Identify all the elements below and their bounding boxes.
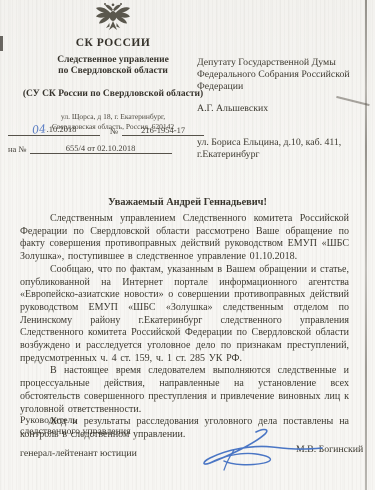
reply-to-number-line: на № 655/4 от 02.10.2018 <box>8 143 206 154</box>
outgoing-date-number-line: 04.10.2018 № 216-1954-17 <box>8 122 206 136</box>
signatory-department: следственного управления <box>20 426 137 437</box>
salutation: Уважаемый Андрей Геннадьевич! <box>0 197 375 208</box>
letter-body: Следственным управлением Следственного к… <box>20 213 349 442</box>
reference-block: 04.10.2018 № 216-1954-17 на № 655/4 от 0… <box>8 122 206 154</box>
sender-letterhead: СК РОССИИ Следственное управление по Све… <box>18 37 208 131</box>
signature-ink <box>194 428 324 477</box>
body-paragraph: В настоящее время следователем выполняют… <box>20 365 349 416</box>
recipient-name: А.Г. Альшевских <box>197 103 365 115</box>
body-paragraph: Сообщаю, что по фактам, указанным в Ваше… <box>20 264 349 366</box>
reply-to-number-field: 655/4 от 02.10.2018 <box>30 143 172 154</box>
body-paragraph: Следственным управлением Следственного к… <box>20 213 349 264</box>
handwritten-date: 04 <box>31 122 46 136</box>
coat-of-arms-icon <box>94 2 132 34</box>
outgoing-date-field: 04.10.2018 <box>8 122 100 136</box>
recipient-block: Депутату Государственной Думы Федерально… <box>197 57 365 161</box>
org-abbreviation: (СУ СК России по Свердловской области) <box>18 89 208 99</box>
org-name: Следственное управление по Свердловской … <box>18 55 208 77</box>
signatory-position: Руководитель <box>20 415 137 426</box>
recipient-title: Депутату Государственной Думы Федерально… <box>197 57 365 92</box>
recipient-address: ул. Бориса Ельцина, д.10, каб. 411, г.Ек… <box>197 137 365 161</box>
signatory-block: Руководитель следственного управления ге… <box>20 415 137 459</box>
number-sign-label: № <box>110 126 118 136</box>
scan-crease-vertical <box>365 0 367 490</box>
scan-edge-mark <box>0 36 3 51</box>
signatory-rank: генерал-лейтенант юстиции <box>20 448 137 459</box>
outgoing-number-field: 216-1954-17 <box>122 125 204 136</box>
reply-to-label: на № <box>8 144 27 154</box>
org-title: СК РОССИИ <box>18 37 208 49</box>
